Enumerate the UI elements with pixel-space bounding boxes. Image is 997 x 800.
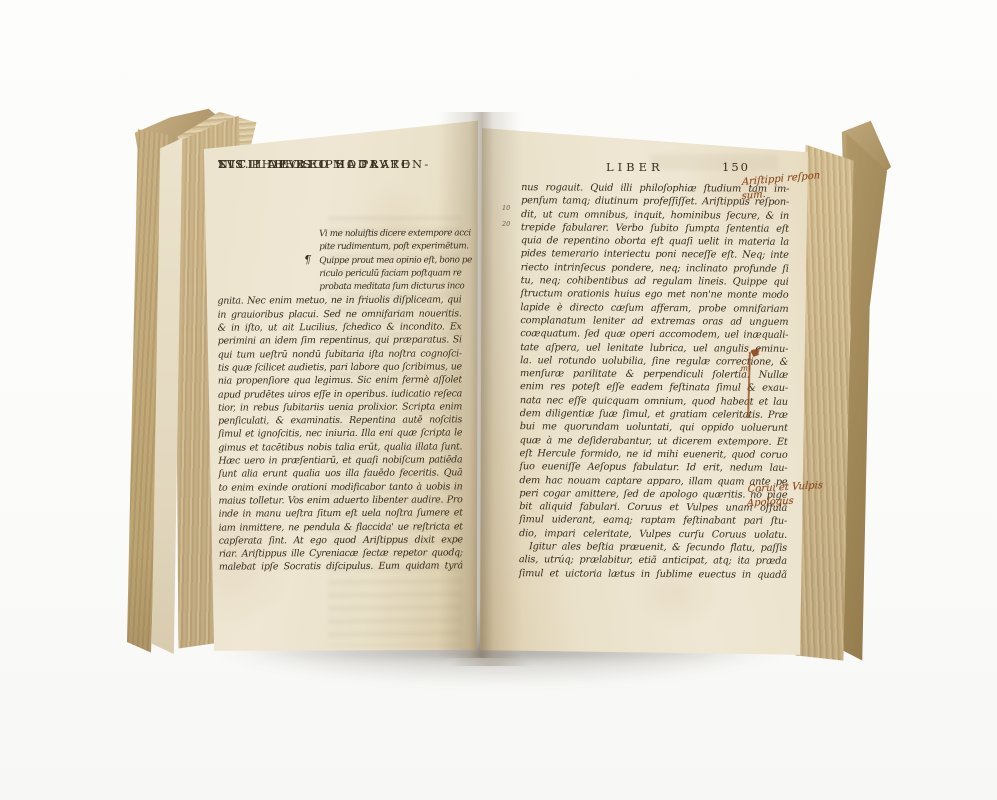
text-line: Vi me noluiſtis dicere extempore acci bbox=[319, 227, 461, 241]
text-line: to enim exinde orationi modificabor tant… bbox=[218, 480, 462, 495]
text-line: & in iſto, ut ait Lucilius, ſchedico & i… bbox=[218, 320, 462, 335]
text-line: apud prudētes uiros eſſe in operibus. iu… bbox=[218, 387, 462, 402]
text-line: ſtructum orationis huius ego met non'ne … bbox=[520, 288, 788, 303]
text-line: gnita. Nec enim metuo, ne in friuolis di… bbox=[217, 294, 461, 309]
text-line: TIS. LIBER. bbox=[218, 158, 313, 171]
text-line: probata meditata ſum dicturus inco bbox=[319, 281, 461, 295]
text-line: iam inmittere, ne pendula & flaccida' ue… bbox=[219, 520, 463, 535]
text-line: penſiculati, & examinatis. Repentina aut… bbox=[218, 414, 462, 429]
handwritten-correction: mi bbox=[740, 361, 751, 376]
text-line: coæquatum. ſed quæ operi accomodem, uel … bbox=[520, 327, 788, 342]
book-photograph: LVTII APVLEI MADAVREN-SIS PHILOSOPHI PLA… bbox=[0, 0, 997, 800]
left-page: LVTII APVLEI MADAVREN-SIS PHILOSOPHI PLA… bbox=[196, 118, 478, 653]
running-header: LIBER 150 bbox=[520, 160, 788, 174]
text-line: perimini an idem ſim repentinus, qui præ… bbox=[218, 334, 462, 349]
text-line: riar. Ariſtippus ille Cyreniacæ ſectæ re… bbox=[219, 546, 463, 561]
text-line: tior, in rebus ſubitariis uenia prolixio… bbox=[218, 400, 462, 415]
text-line: pite rudimentum, poſt experimētum. bbox=[319, 241, 461, 255]
running-title: LIBER bbox=[606, 160, 664, 174]
text-line: malebat ipſe Socratis diſcipulus. Eum qu… bbox=[219, 560, 463, 575]
text-line: ſimul et ignoſcitis, nec iniuria. Illa e… bbox=[218, 427, 462, 442]
text-line: inde in manu ueſtra ſitum eſt uela noſtr… bbox=[219, 507, 463, 522]
text-line: ſimul et uictoria lætus in ſublime euect… bbox=[519, 567, 787, 582]
text-line: tis quæ ſcilicet audietis, pari labore q… bbox=[218, 360, 462, 375]
text-line: nia propenſiore qua legimus. Sic enim fe… bbox=[218, 374, 462, 389]
handwritten-note-apologus: Corui et VulpisApologus bbox=[747, 479, 824, 511]
text-line: ſunt alia erunt qualia uos illa fauēdo f… bbox=[218, 467, 462, 482]
text-line: ſimul uiderant, eamq; raptam feſtinabant… bbox=[519, 514, 787, 529]
left-page-body-text: Vi me noluiſtis dicere extempore accipit… bbox=[217, 227, 463, 574]
text-line: gimus et tacētibus nobis talia erūt, qua… bbox=[218, 440, 462, 455]
text-line: alis, utrúq; prælabitur, etiã anticipat,… bbox=[519, 553, 787, 568]
text-line: Hæc uero in præſentiarū, et quaſi nobiſc… bbox=[218, 453, 462, 468]
text-line: Quippe prout mea opinio eſt, bono pe bbox=[319, 254, 461, 268]
text-line: maius tolletur. Vos enim aduerto libente… bbox=[218, 493, 462, 508]
text-line: qui tum ueſtrū nondū ſubitaria iſta noſt… bbox=[218, 347, 462, 362]
text-line: ſuo eueniſſe Aeſopus fabulatur. Id erit,… bbox=[519, 460, 787, 475]
printed-margin-mark: 20 bbox=[502, 220, 516, 228]
printed-margin-mark: 10 bbox=[502, 204, 516, 212]
text-line: bui me quorundam uoluntati, qui oppido u… bbox=[520, 421, 788, 436]
text-line: in grauioribus placui. Sed ne omnifariam… bbox=[218, 307, 462, 322]
page-number: 150 bbox=[722, 160, 750, 174]
text-line: capſerata ſint. At ego quod Ariſtippus d… bbox=[219, 533, 463, 548]
text-line: riculo periculū faciam poſtquam re bbox=[319, 267, 461, 281]
text-line: pides temerario interiectu poni neceſſe … bbox=[521, 248, 789, 263]
